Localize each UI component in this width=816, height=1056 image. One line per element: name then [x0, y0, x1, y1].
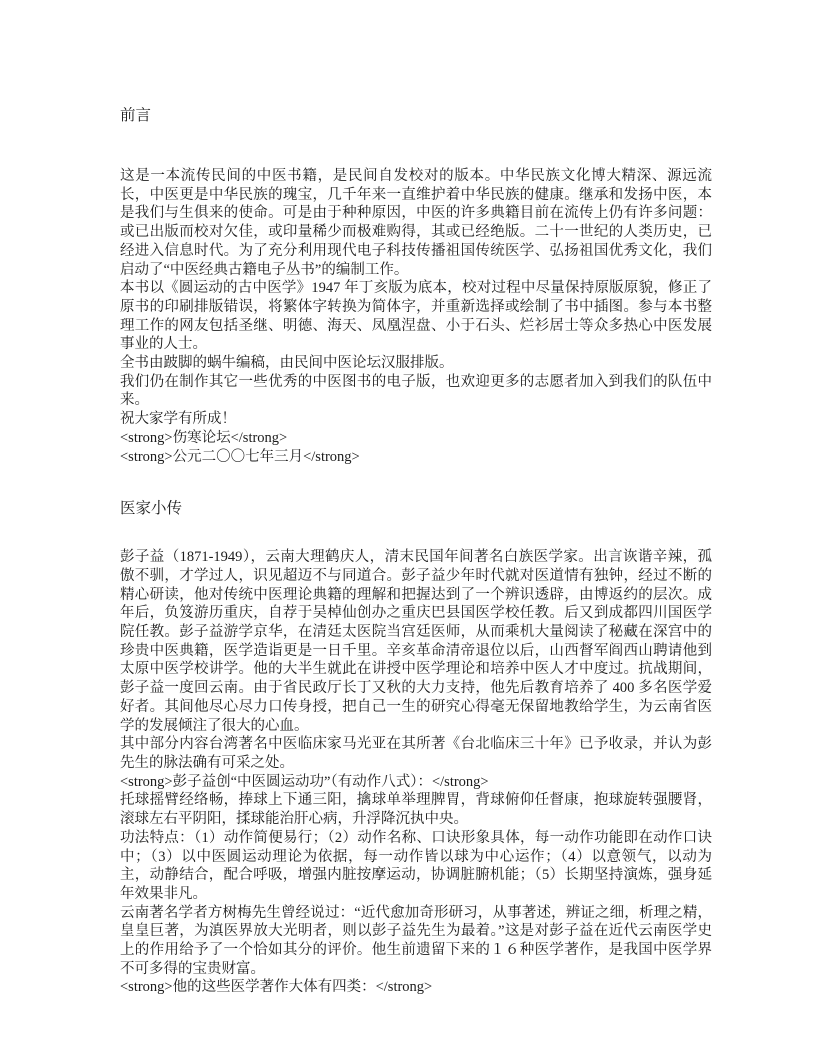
- preface-paragraph: 全书由跛脚的蜗牛编稿，由民间中医论坛汉服排版。: [120, 354, 712, 373]
- bio-strong-tag-line: <strong>彭子益创“中医圆运动功”（有动作八式）：</strong>: [120, 773, 712, 792]
- preface-paragraph: 这是一本流传民间的中医书籍，是民间自发校对的版本。中华民族文化博大精深、源远流长…: [120, 167, 712, 279]
- bio-paragraph: 托球摇臂经络畅，捧球上下通三阳，擒球单举理脾胃，背球俯仰任督康，抱球旋转强腰肾，…: [120, 791, 712, 828]
- preface-strong-tag-line: <strong>公元二〇〇七年三月</strong>: [120, 448, 712, 467]
- preface-body: 这是一本流传民间的中医书籍，是民间自发校对的版本。中华民族文化博大精深、源远流长…: [120, 167, 712, 466]
- preface-paragraph: 祝大家学有所成！: [120, 410, 712, 429]
- bio-paragraph: 功法特点：（1）动作简便易行；（2）动作名称、口诀形象具体，每一动作功能即在动作…: [120, 829, 712, 904]
- document-page: 前言 这是一本流传民间的中医书籍，是民间自发校对的版本。中华民族文化博大精深、源…: [0, 0, 816, 1056]
- preface-strong-tag-line: <strong>伤寒论坛</strong>: [120, 429, 712, 448]
- section-heading-bio: 医家小传: [120, 498, 712, 520]
- bio-paragraph: 彭子益（1871-1949），云南大理鹤庆人，清末民国年间著名白族医学家。出言诙…: [120, 548, 712, 735]
- bio-body: 彭子益（1871-1949），云南大理鹤庆人，清末民国年间著名白族医学家。出言诙…: [120, 548, 712, 997]
- bio-paragraph: 云南著名学者方树梅先生曾经说过：“近代愈加奇形研习，从事著述，辨证之细，析理之精…: [120, 904, 712, 979]
- preface-paragraph: 我们仍在制作其它一些优秀的中医图书的电子版，也欢迎更多的志愿者加入到我们的队伍中…: [120, 373, 712, 410]
- preface-paragraph: 本书以《圆运动的古中医学》1947 年丁亥版为底本，校对过程中尽量保持原版原貌，…: [120, 279, 712, 354]
- section-heading-preface: 前言: [120, 105, 712, 127]
- bio-strong-tag-line: <strong>他的这些医学著作大体有四类：</strong>: [120, 978, 712, 997]
- bio-paragraph: 其中部分内容台湾著名中医临床家马光亚在其所著《台北临床三十年》已予收录，并认为彭…: [120, 735, 712, 772]
